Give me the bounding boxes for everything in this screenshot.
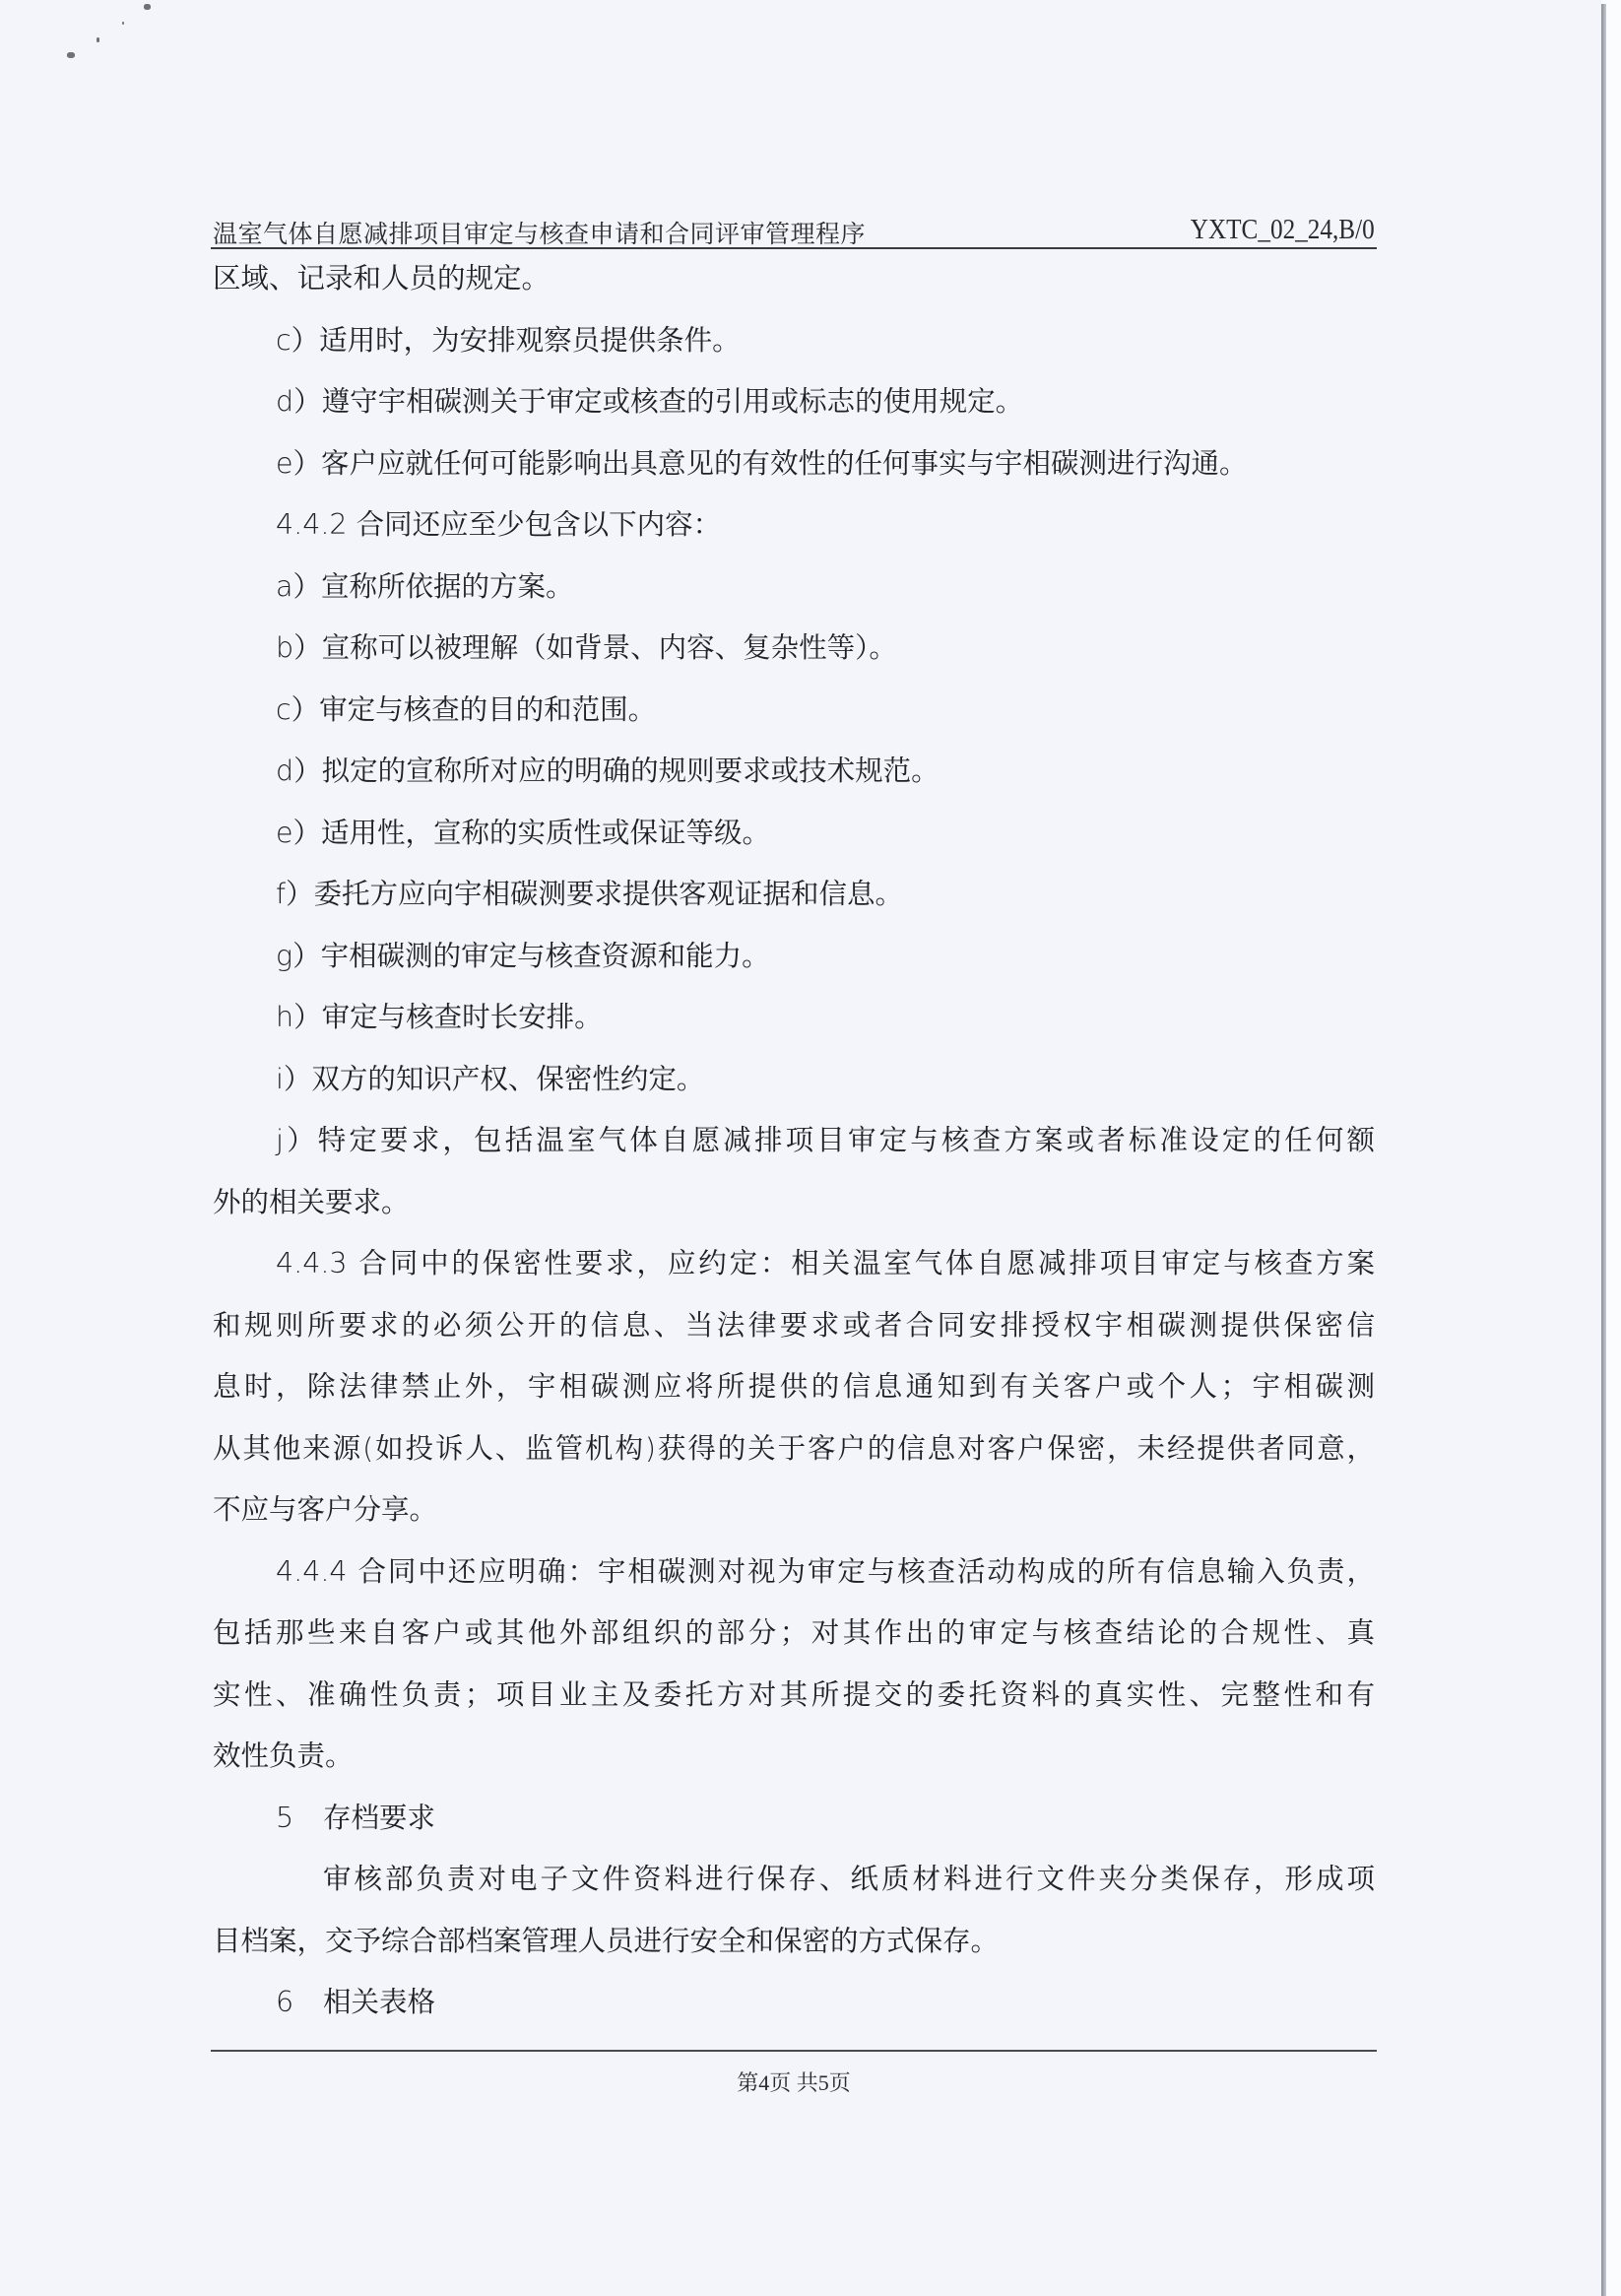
clause-4-4-3-cont: 和规则所要求的必须公开的信息、当法律要求或者合同安排授权宇相碳测提供保密信 [213,1295,1375,1357]
clause-4-4-3-cont: 不应与客户分享。 [213,1479,1375,1542]
section-5-heading: 5存档要求 [213,1788,1375,1850]
list-item-b: b）宣称可以被理解（如背景、内容、复杂性等）。 [213,618,1375,680]
list-item-c: c）适用时，为安排观察员提供条件。 [213,310,1375,372]
page-number: 第4页 共5页 [0,2066,1588,2097]
paragraph-line: 区域、记录和人员的规定。 [213,248,1375,310]
document-code: YXTC_02_24,B/0 [1191,215,1375,246]
list-item-c: c）审定与核查的目的和范围。 [213,680,1375,742]
scan-speck [97,37,99,42]
scan-speck [67,52,75,58]
clause-4-4-3-cont: 息时，除法律禁止外，宇相碳测应将所提供的信息通知到有关客户或个人；宇相碳测 [213,1356,1375,1418]
clause-4-4-3: 4.4.3 合同中的保密性要求，应约定：相关温室气体自愿减排项目审定与核查方案 [213,1233,1375,1295]
list-item-a: a）宣称所依据的方案。 [213,557,1375,619]
list-item-i: i）双方的知识产权、保密性约定。 [213,1049,1375,1111]
list-item-h: h）审定与核查时长安排。 [213,987,1375,1049]
scan-speck [122,22,124,25]
list-item-d: d）遵守宇相碳测关于审定或核查的引用或标志的使用规定。 [213,371,1375,433]
section-5-paragraph-cont: 目档案，交予综合部档案管理人员进行安全和保密的方式保存。 [213,1911,1375,1973]
clause-4-4-4-cont: 实性、准确性负责；项目业主及委托方对其所提交的委托资料的真实性、完整性和有 [213,1665,1375,1727]
scan-speck [144,4,151,10]
section-title: 相关表格 [323,1986,435,2018]
list-item-j-cont: 外的相关要求。 [213,1172,1375,1234]
section-number: 5 [276,1788,323,1850]
clause-4-4-4-cont: 包括那些来自客户或其他外部组织的部分；对其作出的审定与核查结论的合规性、真 [213,1603,1375,1665]
section-title: 存档要求 [323,1802,435,1834]
list-item-f: f）委托方应向宇相碳测要求提供客观证据和信息。 [213,864,1375,926]
document-body: 区域、记录和人员的规定。 c）适用时，为安排观察员提供条件。 d）遵守宇相碳测关… [213,248,1375,2034]
list-item-j: j）特定要求，包括温室气体自愿减排项目审定与核查方案或者标准设定的任何额 [213,1110,1375,1172]
list-item-e: e）客户应就任何可能影响出具意见的有效性的任何事实与宇相碳测进行沟通。 [213,433,1375,495]
clause-4-4-4-cont: 效性负责。 [213,1726,1375,1788]
section-number: 6 [276,1972,323,2034]
clause-4-4-2: 4.4.2 合同还应至少包含以下内容： [213,494,1375,557]
document-title: 温室气体自愿减排项目审定与核查申请和合同评审管理程序 [213,215,866,250]
list-item-d: d）拟定的宣称所对应的明确的规则要求或技术规范。 [213,741,1375,803]
section-5-paragraph: 审核部负责对电子文件资料进行保存、纸质材料进行文件夹分类保存，形成项 [213,1849,1375,1911]
scan-edge-shadow [1601,4,1606,2296]
list-item-g: g）宇相碳测的审定与核查资源和能力。 [213,926,1375,988]
page-header: 温室气体自愿减排项目审定与核查申请和合同评审管理程序 YXTC_02_24,B/… [213,215,1375,248]
list-item-e: e）适用性，宣称的实质性或保证等级。 [213,803,1375,865]
footer-divider [211,2050,1377,2052]
clause-4-4-4: 4.4.4 合同中还应明确：宇相碳测对视为审定与核查活动构成的所有信息输入负责， [213,1542,1375,1604]
section-6-heading: 6相关表格 [213,1972,1375,2034]
clause-4-4-3-cont: 从其他来源(如投诉人、监管机构)获得的关于客户的信息对客户保密，未经提供者同意， [213,1418,1375,1480]
